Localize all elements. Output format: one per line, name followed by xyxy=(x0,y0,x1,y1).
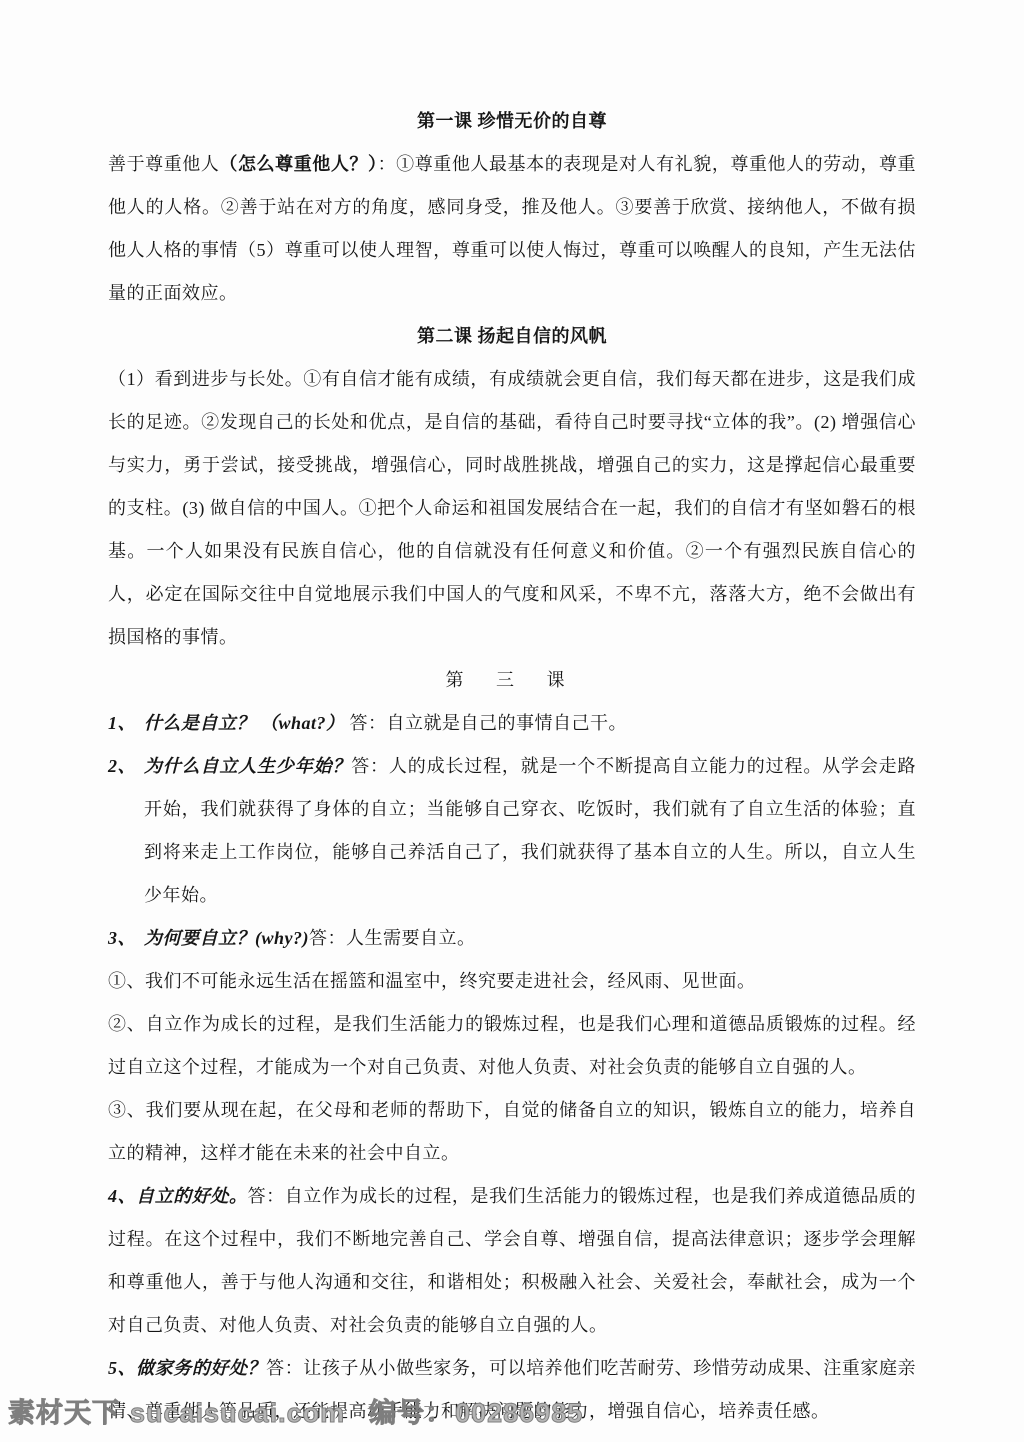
item-content: 什么是自立？ （what?） 答：自立就是自己的事情自己干。 xyxy=(144,702,916,745)
text-run: 善于尊重他人 xyxy=(108,154,219,174)
lesson-1-title: 第一课 珍惜无价的自尊 xyxy=(108,100,916,143)
reason-3: ③、我们要从现在起，在父母和老师的帮助下，自觉的储备自立的知识，锻炼自立的能力，… xyxy=(108,1089,916,1175)
text-run: 答：人生需要自立。 xyxy=(309,928,476,948)
text-run: 为何要自立？(why?) xyxy=(144,928,309,948)
item-content: 为何要自立？(why?)答：人生需要自立。 xyxy=(144,917,916,960)
question-2: 2、为什么自立人生少年始？答：人的成长过程，就是一个不断提高自立能力的过程。从学… xyxy=(108,745,916,917)
item-number: 3、 xyxy=(108,917,144,960)
item-content: 为什么自立人生少年始？答：人的成长过程，就是一个不断提高自立能力的过程。从学会走… xyxy=(144,745,916,917)
lesson-2-paragraph: （1）看到进步与长处。①有自信才能有成绩，有成绩就会更自信，我们每天都在进步，这… xyxy=(108,358,916,659)
text-run: 第 三 课 xyxy=(446,670,579,690)
lesson-3-title: 第 三 课 xyxy=(108,659,916,702)
text-run: （1）看到进步与长处。①有自信才能有成绩，有成绩就会更自信，我们每天都在进步，这… xyxy=(108,369,916,647)
text-run: 4、自立的好处。 xyxy=(108,1186,248,1206)
text-run: ②、自立作为成长的过程，是我们生活能力的锻炼过程，也是我们心理和道德品质锻炼的过… xyxy=(108,1014,916,1077)
document-page: 第一课 珍惜无价的自尊善于尊重他人（怎么尊重他人？）：①尊重他人最基本的表现是对… xyxy=(0,0,1024,1442)
item-number: 2、 xyxy=(108,745,144,917)
document-body: 第一课 珍惜无价的自尊善于尊重他人（怎么尊重他人？）：①尊重他人最基本的表现是对… xyxy=(108,100,916,1433)
question-1: 1、什么是自立？ （what?） 答：自立就是自己的事情自己干。 xyxy=(108,702,916,745)
watermark-id-number: 00286985 xyxy=(455,1398,583,1428)
text-run: 第一课 珍惜无价的自尊 xyxy=(417,111,607,131)
text-run: 第二课 扬起自信的风帆 xyxy=(417,326,607,346)
text-run: （怎么尊重他人？） xyxy=(219,154,377,174)
watermark-footer: 素材天下sucaisucai.com编号：00286985 xyxy=(8,1391,583,1430)
text-run: 为什么自立人生少年始？ xyxy=(144,756,351,776)
text-run: 答：人的成长过程，就是一个不断提高自立能力的过程。从学会走路开始，我们就获得了身… xyxy=(144,756,916,905)
text-run: ：①尊重他人最基本的表现是对人有礼貌，尊重他人的劳动，尊重他人的人格。②善于站在… xyxy=(108,154,916,303)
text-run: 什么是自立？ （what?） xyxy=(144,713,350,733)
question-4: 4、自立的好处。答：自立作为成长的过程，是我们生活能力的锻炼过程，也是我们养成道… xyxy=(108,1175,916,1347)
reason-1: ①、我们不可能永远生活在摇篮和温室中，终究要走进社会，经风雨、见世面。 xyxy=(108,960,916,1003)
lesson-2-title: 第二课 扬起自信的风帆 xyxy=(108,315,916,358)
text-run: 答：自立就是自己的事情自己干。 xyxy=(350,713,628,733)
text-run: 答：自立作为成长的过程，是我们生活能力的锻炼过程，也是我们养成道德品质的过程。在… xyxy=(108,1186,916,1335)
lesson-1-paragraph: 善于尊重他人（怎么尊重他人？）：①尊重他人最基本的表现是对人有礼貌，尊重他人的劳… xyxy=(108,143,916,315)
item-number: 1、 xyxy=(108,702,144,745)
text-run: ③、我们要从现在起，在父母和老师的帮助下，自觉的储备自立的知识，锻炼自立的能力，… xyxy=(108,1100,916,1163)
watermark-site-name: 素材天下 xyxy=(8,1398,120,1428)
text-run: 5、做家务的好处？ xyxy=(108,1358,266,1378)
reason-2: ②、自立作为成长的过程，是我们生活能力的锻炼过程，也是我们心理和道德品质锻炼的过… xyxy=(108,1003,916,1089)
watermark-site-url: sucaisucai.com xyxy=(130,1398,345,1428)
watermark-id-label: 编号： xyxy=(369,1398,453,1428)
question-3: 3、为何要自立？(why?)答：人生需要自立。 xyxy=(108,917,916,960)
text-run: ①、我们不可能永远生活在摇篮和温室中，终究要走进社会，经风雨、见世面。 xyxy=(108,971,756,991)
